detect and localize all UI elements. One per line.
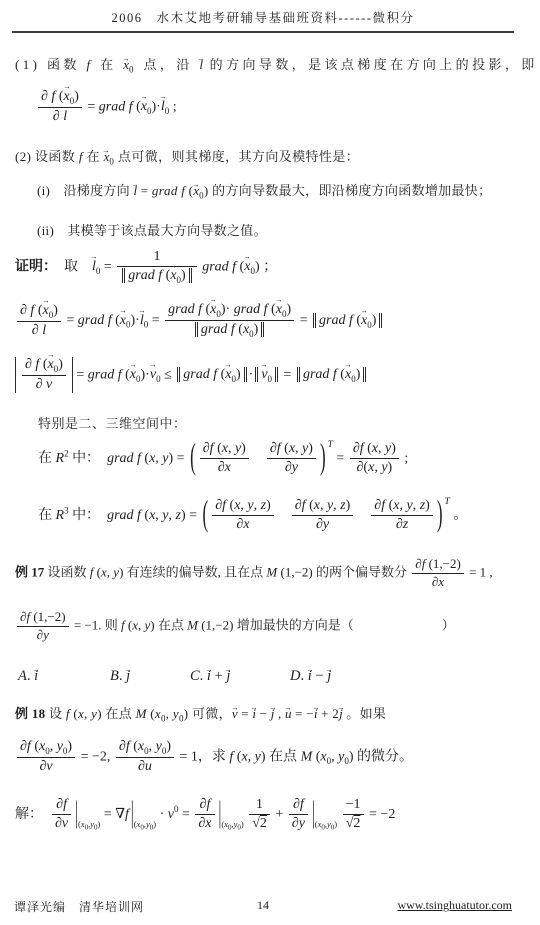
footer-url-link[interactable]: www.tsinghuatutor.com: [397, 898, 512, 913]
option-c: C. i + j: [190, 666, 290, 686]
example-17-line-1: 例 17 设函数 f (x, y) 有连续的偏导数, 且在点 M (1,−2) …: [15, 557, 515, 590]
special-spaces-intro: 特别是二、三维空间中：: [38, 414, 515, 434]
directional-derivative-equation: ∂ f (x0)∂ l = grad f (x0)·l0 ;: [36, 89, 515, 125]
option-a: A. i: [18, 666, 110, 686]
option-b: B. j: [110, 666, 190, 686]
header-title: 2006 水木艾地考研辅导基础班资料------微积分: [112, 11, 415, 25]
document-page: 2006 水木艾地考研辅导基础班资料------微积分 (1) 函数 f 在 x…: [0, 0, 540, 925]
gradient-property-i: (i) 沿梯度方向 l = grad f (x0) 的方向导数最大，即沿梯度方向…: [37, 181, 515, 206]
solution-line: 解： ∂f∂v|(x0,y0) = ∇f|(x0,y0) · v0 = ∂f∂x…: [15, 797, 515, 832]
option-d: D. i − j: [290, 666, 331, 686]
proof-line: 证明： 取 l0 = 1grad f (x0) grad f (x0) ；: [15, 249, 515, 285]
point-1-text: (1) 函数 f 在 x0 点，沿 l 的方向导数，是该点梯度在方向上的投影，即: [15, 55, 515, 80]
example-18-line-1: 例 18 设 f (x, y) 在点 M (x0, y0) 可微，v = i −…: [15, 704, 515, 729]
proof-equation-main: ∂ f (x0)∂ l = grad f (x0)·l0 = grad f (x…: [15, 302, 515, 339]
point-2-text: (2) 设函数 f 在 x0 点可微，则其梯度，其方向及模特性是：: [15, 147, 515, 172]
gradient-property-ii: (ii) 其模等于该点最大方向导数之值。: [37, 221, 515, 241]
gradient-r2-formula: 在 R2 中： grad f (x, y) = (∂f (x, y)∂x ∂f …: [38, 440, 515, 476]
proof-equation-abs: ∂ f (x0)∂ v = grad f (x0)·v0 ≤ grad f (x…: [15, 357, 515, 393]
example-17-options: A. i B. j C. i + j D. i − j: [18, 666, 515, 686]
example-18-line-2: ∂f (x0, y0)∂v = −2, ∂f (x0, y0)∂u = 1，求 …: [15, 739, 515, 775]
gradient-r3-formula: 在 R3 中： grad f (x, y, z) = (∂f (x, y, z)…: [38, 497, 515, 533]
example-17-line-2: ∂f (1,−2)∂y = −1. 则 f (x, y) 在点 M (1,−2)…: [15, 610, 515, 643]
page-header: 2006 水木艾地考研辅导基础班资料------微积分: [12, 8, 514, 33]
